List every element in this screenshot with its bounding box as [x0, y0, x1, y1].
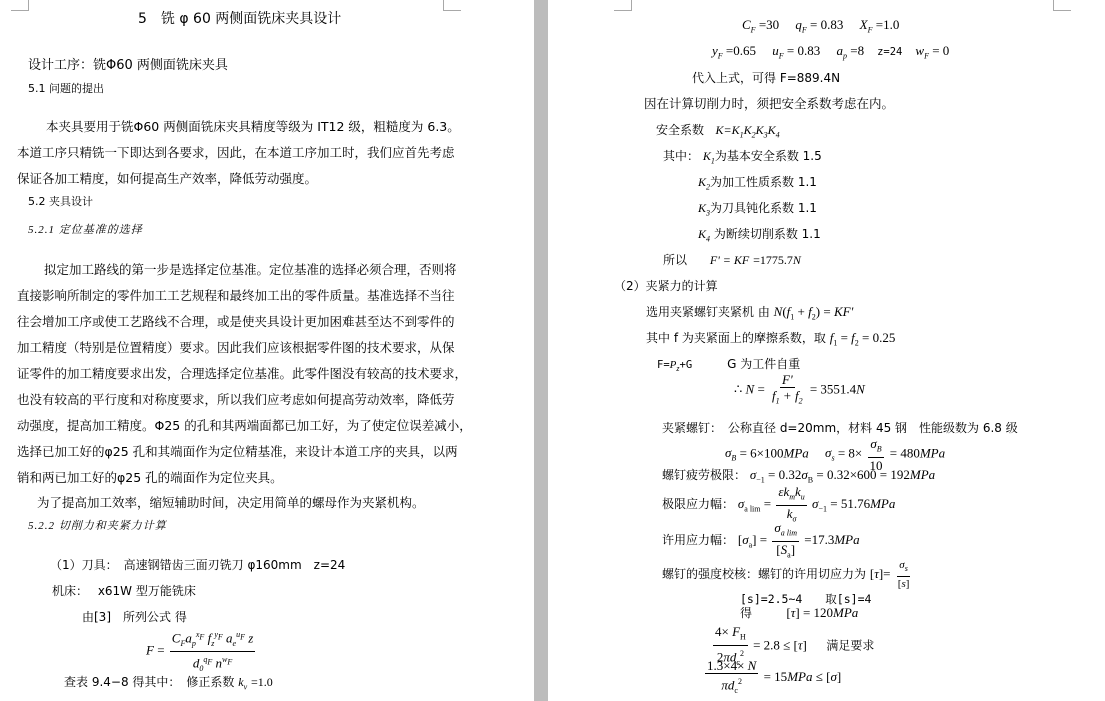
machine-line: 机床： x61W 型万能铣床 [52, 583, 196, 599]
paragraph-line: 也没有较高的平行度和对称度要求，所以我们应考虑如何提高劳动效率，降低劳 [17, 392, 455, 408]
safety-factor-label: 安全系数 [656, 123, 704, 137]
normal-force-formula: ∴ N = F'f1 + f2 = 3551.4N [734, 372, 865, 409]
k3-line: K3为刀具钝化系数 1.1 [698, 200, 817, 221]
clamp-select-text: 选用夹紧螺钉夹紧机 由 [646, 305, 770, 319]
tensile-check-formula: 1.3×4× Nπdc2 = 15MPa ≤ [σ] [703, 658, 841, 698]
formula-intro: 由[3] 所列公式 得 [82, 609, 187, 625]
clamp-heading: （2）夹紧力的计算 [614, 278, 718, 294]
amplitude-label: 极限应力幅： [662, 497, 734, 511]
paragraph-line: 证零件的加工精度要求出发，合理选择定位基准。此零件图没有较高的技术要求， [17, 366, 467, 382]
margin-corner-mark [1053, 0, 1071, 11]
paragraph-line: 选择已加工好的φ25 孔和其端面作为定位精基准，来设计本道工序的夹具，以两 [17, 444, 458, 460]
chapter-title: 5 铣 φ 60 两侧面铣床夹具设计 [138, 11, 341, 27]
margin-corner-mark [443, 0, 461, 11]
section-heading-5-1: 5.1 问题的提出 [28, 81, 104, 97]
paragraph-line: 直接影响所制定的零件加工工艺规程和最终加工出的零件质量。基准选择不当往 [17, 288, 455, 304]
paragraph-line: 动强度，提高加工精度。Φ25 的孔和其两端面都已加工好，为了使定位误差减小， [17, 418, 472, 434]
section-heading-5-2-2: 5.2.2 切削力和夹紧力计算 [28, 518, 167, 534]
page-gutter [534, 0, 548, 701]
coefficients-line-2: yF =0.65 uF = 0.83 ap =8 z=24 wF = 0 [712, 43, 949, 65]
de-label: 得 [740, 606, 752, 620]
paragraph-line: 加工精度（特别是位置精度）要求。因此我们应该根据零件图的技术要求，从保 [17, 340, 455, 356]
strength-label: 螺钉的强度校核：螺钉的许用切应力为 [662, 567, 866, 581]
k2-text: 为加工性质系数 1.1 [710, 175, 817, 189]
paragraph-clamp: 为了提高加工效率，缩短辅助时间，决定用简单的螺母作为夹紧机构。 [37, 495, 425, 511]
lookup-line: 查表 9.4−8 得其中： 修正系数 kv =1.0 [64, 674, 273, 695]
friction-text: 其中 f 为夹紧面上的摩擦系数，取 [646, 331, 826, 345]
document-page-left: 5 铣 φ 60 两侧面铣床夹具设计 设计工序：铣Φ60 两侧面铣床夹具 5.1… [0, 0, 534, 701]
cutting-force-formula: F = CFapxF fzyF aeuF z d0qF nwF [146, 627, 257, 676]
paragraph-line: 销和两已加工好的φ25 孔的端面作为定位夹具。 [17, 470, 283, 486]
k4-line: K4 为断续切削系数 1.1 [698, 226, 821, 247]
where-label: 其中： [663, 149, 699, 163]
tau-line: 得 [τ] = 120MPa [740, 605, 858, 621]
kv-value: =1.0 [251, 675, 273, 689]
k1-text: 为基本安全系数 1.5 [715, 149, 822, 163]
coefficients-line-1: CF =30 qF = 0.83 XF =1.0 [742, 17, 899, 39]
paragraph-line: 保证各加工精度，如何提高生产效率，降低劳动强度。 [17, 171, 317, 187]
k1-line: 其中： K1为基本安全系数 1.5 [663, 148, 822, 169]
section-heading-5-2-1: 5.2.1 定位基准的选择 [28, 222, 143, 238]
document-page-right: CF =30 qF = 0.83 XF =1.0 yF =0.65 uF = 0… [548, 0, 1105, 701]
paragraph-line: 往会增加工序或使工艺路线不合理，或是使夹具设计更加困难甚至达不到零件的 [17, 314, 455, 330]
lookup-text: 查表 9.4−8 得其中： 修正系数 [64, 675, 234, 689]
clamp-select-line: 选用夹紧螺钉夹紧机 由 N(f1 + f2) = KF' [646, 304, 853, 326]
meets-requirement: 满足要求 [826, 639, 874, 653]
allowable-label: 许用应力幅： [662, 533, 734, 547]
g-label: G 为工件自重 [727, 357, 800, 371]
friction-line: 其中 f 为夹紧面上的摩擦系数，取 f1 = f2 = 0.25 [646, 330, 895, 352]
safety-note: 因在计算切削力时，须把安全系数考虑在内。 [644, 96, 894, 112]
allowable-amplitude-line: 许用应力幅： [σa] = σa lim[Sa] =17.3MPa [662, 520, 860, 562]
f-prime-line: 所以 F' = KF =1775.7N [663, 252, 801, 268]
paragraph-line: 本夹具要用于铣Φ60 两侧面铣床夹具精度等级为 IT12 级，粗糙度为 6.3。 [46, 119, 460, 135]
fatigue-label: 螺钉疲劳极限： [662, 468, 746, 482]
strength-check-line: 螺钉的强度校核：螺钉的许用切应力为 [τ]= σs[s] [662, 558, 913, 592]
substitute-line: 代入上式，可得 F=889.4N [692, 70, 840, 86]
margin-corner-mark [614, 0, 632, 11]
paragraph-line: 本道工序只精铣一下即达到各要求，因此，在本道工序加工时，我们应首先考虑 [17, 145, 455, 161]
k4-text: 为断续切削系数 1.1 [710, 227, 821, 241]
paragraph-line: 拟定加工路线的第一步是选择定位基准。定位基准的选择必须合理，否则将 [44, 262, 457, 278]
margin-corner-mark [11, 0, 29, 11]
screw-spec-line: 夹紧螺钉： 公称直径 d=20mm，材料 45 钢 性能级数为 6.8 级 [662, 420, 1018, 436]
tool-line: （1）刀具： 高速钢错齿三面刃铣刀 φ160mm z=24 [50, 557, 345, 573]
safety-factor-line: 安全系数 K=K1K2K3K4 [656, 122, 780, 143]
k3-text: 为刀具钝化系数 1.1 [710, 201, 817, 215]
section-heading-5-2: 5.2 夹具设计 [28, 194, 93, 210]
so-label: 所以 [663, 253, 687, 267]
design-process-line: 设计工序：铣Φ60 两侧面铣床夹具 [28, 58, 228, 74]
k2-line: K2为加工性质系数 1.1 [698, 174, 817, 195]
